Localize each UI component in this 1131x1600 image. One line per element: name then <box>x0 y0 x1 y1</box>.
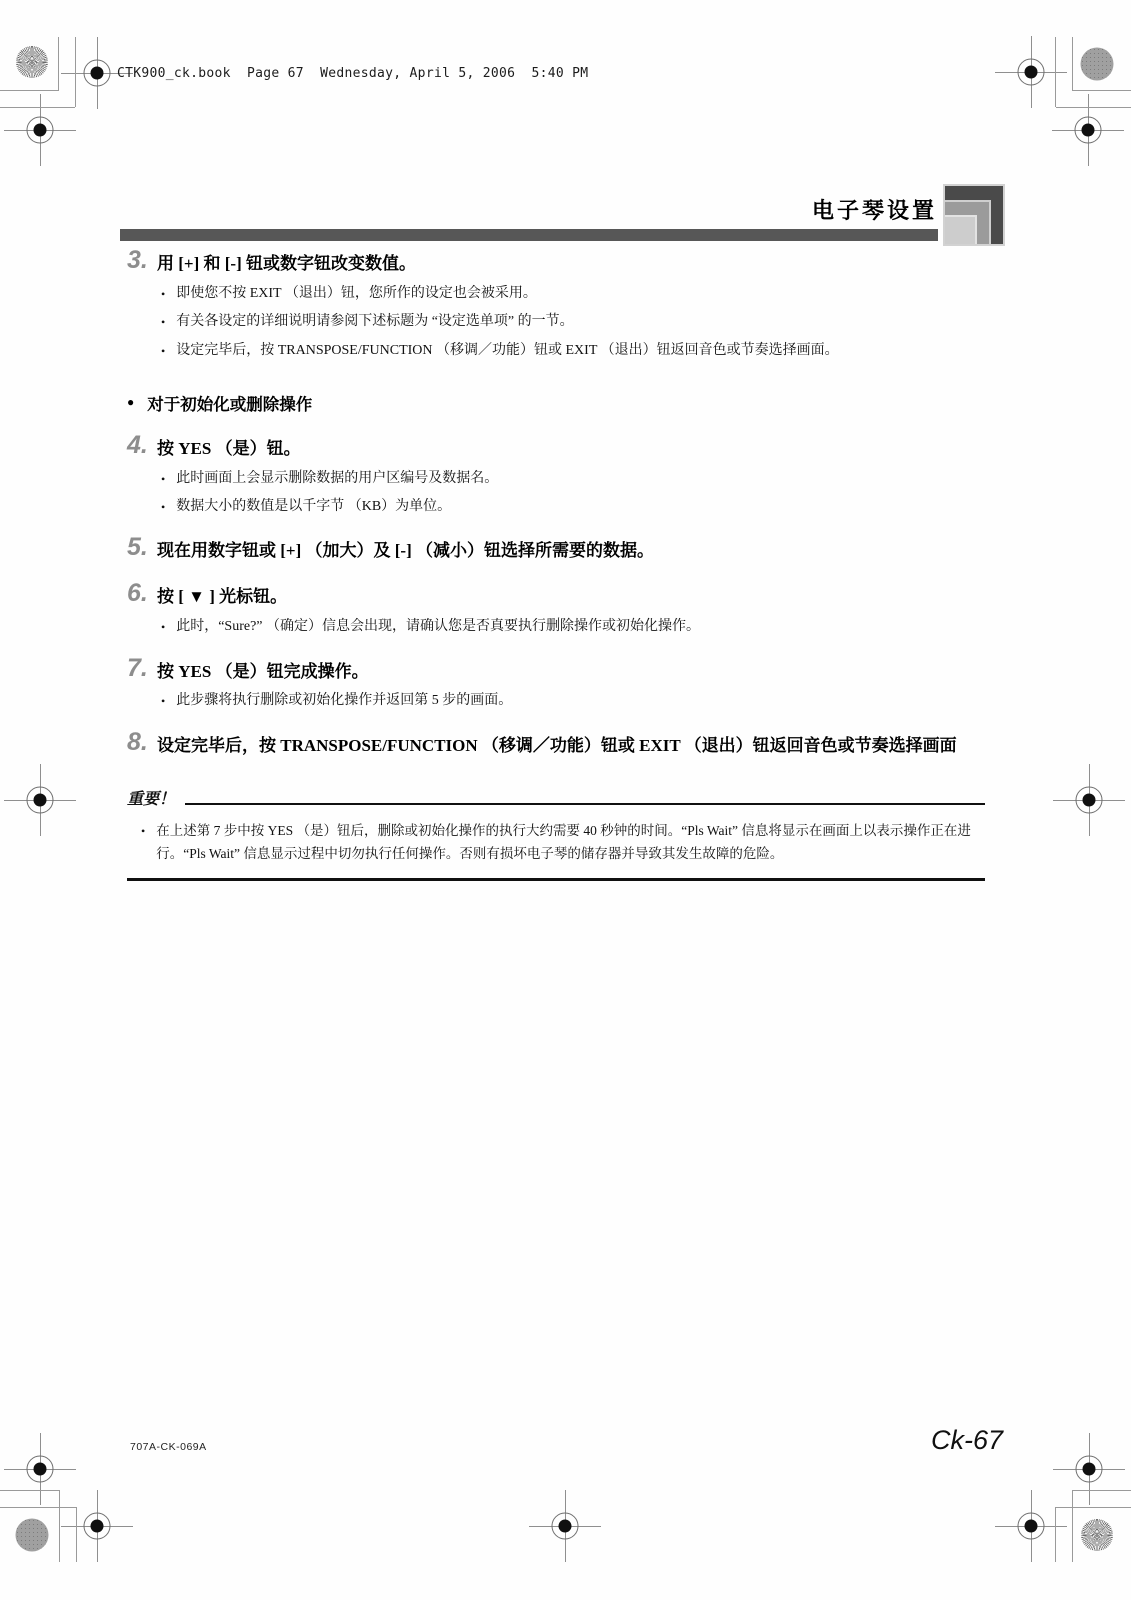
step-number: 3. <box>127 248 157 276</box>
note-item: •此时画面上会显示删除数据的用户区编号及数据名。 <box>161 469 985 489</box>
step-text: 现在用数字钮或 [+] （加大）及 [-] （减小）钮选择所需要的数据。 <box>157 535 654 563</box>
note-text: 此时，“Sure?” （确定）信息会出现，请确认您是否真要执行删除操作或初始化操… <box>176 617 700 637</box>
important-header-rule <box>185 803 985 805</box>
note-item: •设定完毕后，按 TRANSPOSE/FUNCTION （移调／功能）钮或 EX… <box>161 341 985 361</box>
bullet-dot-icon: • <box>161 312 165 332</box>
crop-mark <box>76 1507 77 1562</box>
crop-mark <box>75 37 76 107</box>
bullet-dot-icon: • <box>141 819 145 866</box>
note-text: 有关各设定的详细说明请参阅下述标题为 “设定选单项” 的一节。 <box>176 312 573 332</box>
registration-mark-icon <box>4 764 76 836</box>
instructions-body: 3. 用 [+] 和 [-] 钮或数字钮改变数值。 •即使您不按 EXIT （退… <box>127 248 985 881</box>
step-3: 3. 用 [+] 和 [-] 钮或数字钮改变数值。 <box>127 248 985 276</box>
important-bottom-rule <box>127 878 985 881</box>
note-item: •此步骤将执行删除或初始化操作并返回第 5 步的画面。 <box>161 691 985 711</box>
step-7-notes: •此步骤将执行删除或初始化操作并返回第 5 步的画面。 <box>161 691 985 711</box>
crop-mark <box>1072 1490 1131 1491</box>
bullet-dot-icon: • <box>161 691 165 711</box>
section-header-text: 对于初始化或删除操作 <box>147 391 312 415</box>
note-item: •即使您不按 EXIT （退出）钮，您所作的设定也会被采用。 <box>161 284 985 304</box>
crop-mark <box>0 1490 59 1491</box>
note-text: 数据大小的数值是以千字节 （KB）为单位。 <box>176 497 451 517</box>
step-number: 5. <box>127 535 157 563</box>
crop-mark <box>1055 1507 1131 1508</box>
step-number: 7. <box>127 656 157 684</box>
step-7: 7. 按 YES （是）钮完成操作。 <box>127 656 985 684</box>
important-header: 重要！ <box>127 786 985 809</box>
halftone-calibration-icon <box>1081 48 1114 81</box>
step-3-notes: •即使您不按 EXIT （退出）钮，您所作的设定也会被采用。 •有关各设定的详细… <box>161 284 985 361</box>
step-number: 6. <box>127 581 157 609</box>
nested-square-light <box>945 215 977 244</box>
page-number: Ck-67 <box>931 1425 1003 1456</box>
manual-page: { "header": { "file_info": "CTK900_ck.bo… <box>0 0 1131 1600</box>
step-number: 8. <box>127 730 157 758</box>
print-file-info: CTK900_ck.book Page 67 Wednesday, April … <box>117 66 588 81</box>
page-title: 电子琴设置 <box>812 194 937 225</box>
bullet-dot-icon: • <box>161 284 165 304</box>
note-text: 设定完毕后，按 TRANSPOSE/FUNCTION （移调／功能）钮或 EXI… <box>176 341 838 361</box>
registration-mark-icon <box>4 94 76 166</box>
crop-mark <box>0 90 58 91</box>
registration-mark-icon <box>1053 764 1125 836</box>
note-text: 即使您不按 EXIT （退出）钮，您所作的设定也会被采用。 <box>176 284 537 304</box>
step-4: 4. 按 YES （是）钮。 <box>127 433 985 461</box>
important-body: • 在上述第 7 步中按 YES （是）钮后，删除或初始化操作的执行大约需要 4… <box>141 819 985 866</box>
crop-mark <box>1072 1490 1073 1562</box>
nested-squares-decoration <box>945 186 1003 244</box>
step-text: 按 [ ▼ ] 光标钮。 <box>157 581 287 609</box>
registration-mark-icon <box>1052 94 1124 166</box>
section-header-init-delete: ● 对于初始化或删除操作 <box>127 391 985 415</box>
step-text: 用 [+] 和 [-] 钮或数字钮改变数值。 <box>157 248 416 276</box>
bullet-dot-icon: • <box>161 341 165 361</box>
crop-mark <box>1056 107 1131 108</box>
step-5: 5. 现在用数字钮或 [+] （加大）及 [-] （减小）钮选择所需要的数据。 <box>127 535 985 563</box>
note-item: •有关各设定的详细说明请参阅下述标题为 “设定选单项” 的一节。 <box>161 312 985 332</box>
step-text: 按 YES （是）钮完成操作。 <box>157 656 369 684</box>
crop-mark <box>1073 90 1131 91</box>
crop-mark <box>1072 37 1073 91</box>
step-4-notes: •此时画面上会显示删除数据的用户区编号及数据名。 •数据大小的数值是以千字节 （… <box>161 469 985 518</box>
note-text: 此步骤将执行删除或初始化操作并返回第 5 步的画面。 <box>176 691 512 711</box>
step-text: 按 YES （是）钮。 <box>157 433 301 461</box>
bullet-dot-icon: • <box>161 469 165 489</box>
section-dot-icon: ● <box>127 395 134 410</box>
starburst-calibration-icon <box>16 46 48 78</box>
bullet-dot-icon: • <box>161 617 165 637</box>
step-8: 8. 设定完毕后，按 TRANSPOSE/FUNCTION （移调／功能）钮或 … <box>127 730 985 758</box>
crop-mark <box>0 107 75 108</box>
important-text: 在上述第 7 步中按 YES （是）钮后，删除或初始化操作的执行大约需要 40 … <box>156 819 985 866</box>
note-text: 此时画面上会显示删除数据的用户区编号及数据名。 <box>176 469 498 489</box>
step-6: 6. 按 [ ▼ ] 光标钮。 <box>127 581 985 609</box>
note-item: •此时，“Sure?” （确定）信息会出现，请确认您是否真要执行删除操作或初始化… <box>161 617 985 637</box>
starburst-calibration-icon <box>1081 1519 1113 1551</box>
important-notice: 重要！ • 在上述第 7 步中按 YES （是）钮后，删除或初始化操作的执行大约… <box>127 786 985 881</box>
note-item: •数据大小的数值是以千字节 （KB）为单位。 <box>161 497 985 517</box>
step-6-notes: •此时，“Sure?” （确定）信息会出现，请确认您是否真要执行删除操作或初始化… <box>161 617 985 637</box>
registration-mark-icon <box>61 1490 133 1562</box>
registration-mark-icon <box>529 1490 601 1562</box>
crop-mark <box>1055 37 1056 107</box>
crop-mark <box>59 1490 60 1562</box>
bullet-dot-icon: • <box>161 497 165 517</box>
crop-mark <box>1055 1507 1056 1562</box>
crop-mark <box>0 1507 76 1508</box>
title-rule-bar <box>120 229 938 241</box>
step-text: 设定完毕后，按 TRANSPOSE/FUNCTION （移调／功能）钮或 EXI… <box>157 730 957 758</box>
document-code: 707A-CK-069A <box>130 1441 207 1453</box>
step-number: 4. <box>127 433 157 461</box>
registration-mark-icon <box>1053 1433 1125 1505</box>
halftone-calibration-icon <box>16 1519 49 1552</box>
crop-mark <box>58 37 59 91</box>
important-label: 重要！ <box>127 786 175 809</box>
